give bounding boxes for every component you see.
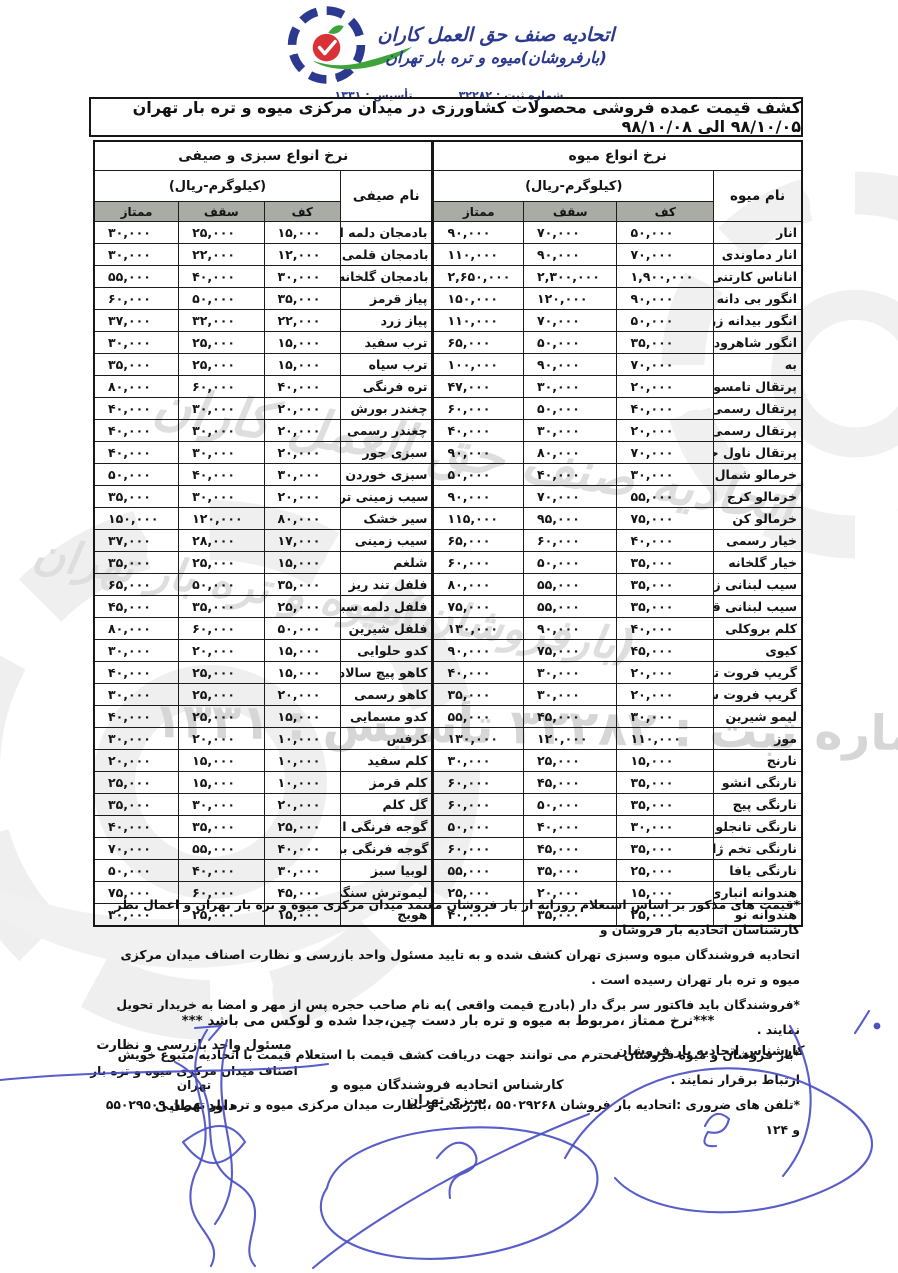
fruit-name-cell: انگور بیدانه زرد <box>714 310 802 332</box>
footnote-line: *قیمت های مذکور بر اساس استعلام روزانه ا… <box>95 893 800 943</box>
fruit-floor-cell: ۱۵,۰۰۰ <box>617 750 714 772</box>
veg-floor-cell: ۱۵,۰۰۰ <box>264 640 340 662</box>
fruit-premium-cell: ۹۰,۰۰۰ <box>433 442 524 464</box>
fruit-unit-label: (کیلوگرم-ریال) <box>433 171 714 202</box>
fruit-name-cell: سیب لبنانی زرد <box>714 574 802 596</box>
veg-floor-cell: ۱۰,۰۰۰ <box>264 728 340 750</box>
veg-premium-cell: ۲۵,۰۰۰ <box>94 772 179 794</box>
fruit-ceiling-cell: ۳۰,۰۰۰ <box>523 662 617 684</box>
fruit-floor-cell: ۳۰,۰۰۰ <box>617 706 714 728</box>
fruit-ceiling-cell: ۴۵,۰۰۰ <box>523 838 617 860</box>
fruit-ceiling-cell: ۷۰,۰۰۰ <box>523 222 617 244</box>
fruit-premium-cell: ۱۱۰,۰۰۰ <box>433 310 524 332</box>
veg-floor-cell: ۲۰,۰۰۰ <box>264 684 340 706</box>
veg-ceiling-cell: ۵۵,۰۰۰ <box>179 838 264 860</box>
signature-inspection-manager <box>115 1022 305 1270</box>
veg-name-cell: چغندر رسمی <box>340 420 433 442</box>
fruit-floor-cell: ۵۰,۰۰۰ <box>617 310 714 332</box>
fruit-floor-cell: ۲۰,۰۰۰ <box>617 662 714 684</box>
veg-ceiling-cell: ۵۰,۰۰۰ <box>179 288 264 310</box>
fruit-ceiling-cell: ۵۰,۰۰۰ <box>523 332 617 354</box>
fruit-premium-cell: ۵۰,۰۰۰ <box>433 816 524 838</box>
veg-name-cell: بادمجان دلمه ای <box>340 222 433 244</box>
fruit-name-cell: به <box>714 354 802 376</box>
veg-floor-cell: ۱۵,۰۰۰ <box>264 222 340 244</box>
table-row: انار۵۰,۰۰۰۷۰,۰۰۰۹۰,۰۰۰بادمجان دلمه ای۱۵,… <box>94 222 802 244</box>
table-row: نارنگی پیج۳۵,۰۰۰۵۰,۰۰۰۶۰,۰۰۰گل کلم۲۰,۰۰۰… <box>94 794 802 816</box>
table-row: کلم بروکلی۴۰,۰۰۰۹۰,۰۰۰۱۳۰,۰۰۰فلفل شیرین۵… <box>94 618 802 640</box>
veg-floor-cell: ۴۰,۰۰۰ <box>264 838 340 860</box>
fruit-premium-cell: ۱۱۰,۰۰۰ <box>433 244 524 266</box>
fruit-floor-cell: ۷۰,۰۰۰ <box>617 442 714 464</box>
veg-ceiling-cell: ۶۰,۰۰۰ <box>179 376 264 398</box>
fruit-premium-cell: ۶۵,۰۰۰ <box>433 332 524 354</box>
fruit-floor-cell: ۴۰,۰۰۰ <box>617 530 714 552</box>
veg-name-cell: فلفل شیرین <box>340 618 433 640</box>
veg-floor-cell: ۱۵,۰۰۰ <box>264 552 340 574</box>
table-row: گریپ فروت سفید۲۰,۰۰۰۳۰,۰۰۰۳۵,۰۰۰کاهو رسم… <box>94 684 802 706</box>
fruit-premium-header: ممتاز <box>433 202 524 222</box>
table-row: انگور شاهرودی۳۵,۰۰۰۵۰,۰۰۰۶۵,۰۰۰ترب سفید۱… <box>94 332 802 354</box>
veg-name-cell: کلم سفید <box>340 750 433 772</box>
veg-premium-cell: ۳۰,۰۰۰ <box>94 684 179 706</box>
veg-premium-cell: ۳۵,۰۰۰ <box>94 794 179 816</box>
fruit-name-cell: گریپ فروت تو سرخ <box>714 662 802 684</box>
union-logo-emblem <box>284 2 370 88</box>
fruit-name-cell: انار <box>714 222 802 244</box>
table-row: انگور بی دانه قرمز۹۰,۰۰۰۱۲۰,۰۰۰۱۵۰,۰۰۰پی… <box>94 288 802 310</box>
fruit-ceiling-cell: ۵۵,۰۰۰ <box>523 596 617 618</box>
fruit-ceiling-cell: ۵۰,۰۰۰ <box>523 552 617 574</box>
veg-floor-cell: ۲۲,۰۰۰ <box>264 310 340 332</box>
veg-name-cell: کاهو رسمی <box>340 684 433 706</box>
fruit-premium-cell: ۴۰,۰۰۰ <box>433 662 524 684</box>
table-row: نارنگی انشو۳۵,۰۰۰۴۵,۰۰۰۶۰,۰۰۰کلم قرمز۱۰,… <box>94 772 802 794</box>
fruit-floor-cell: ۴۵,۰۰۰ <box>617 640 714 662</box>
fruit-floor-cell: ۴۰,۰۰۰ <box>617 398 714 420</box>
fruit-name-cell: نارنج <box>714 750 802 772</box>
fruit-name-cell: گریپ فروت سفید <box>714 684 802 706</box>
fruit-name-cell: خرمالو کرج <box>714 486 802 508</box>
table-row: پرتقال تامسون شمال۲۰,۰۰۰۳۰,۰۰۰۴۷,۰۰۰تره … <box>94 376 802 398</box>
veg-floor-cell: ۳۰,۰۰۰ <box>264 860 340 882</box>
veg-floor-cell: ۲۵,۰۰۰ <box>264 816 340 838</box>
veg-unit-label: (کیلوگرم-ریال) <box>94 171 340 202</box>
fruit-ceiling-cell: ۹۰,۰۰۰ <box>523 244 617 266</box>
veg-name-cell: تره فرنگی <box>340 376 433 398</box>
veg-floor-cell: ۳۰,۰۰۰ <box>264 464 340 486</box>
veg-ceiling-cell: ۲۰,۰۰۰ <box>179 640 264 662</box>
veg-name-cell: سبزی جور <box>340 442 433 464</box>
fruit-ceiling-cell: ۴۵,۰۰۰ <box>523 772 617 794</box>
fruit-floor-cell: ۳۵,۰۰۰ <box>617 596 714 618</box>
fruit-ceiling-cell: ۲,۳۰۰,۰۰۰ <box>523 266 617 288</box>
fruit-floor-cell: ۳۵,۰۰۰ <box>617 772 714 794</box>
leaf-icon <box>328 25 343 34</box>
table-row: پرتقال رسمی شمال۲۰,۰۰۰۳۰,۰۰۰۴۰,۰۰۰چغندر … <box>94 420 802 442</box>
fruit-premium-cell: ۹۰,۰۰۰ <box>433 640 524 662</box>
veg-name-cell: فلفل تند ریز <box>340 574 433 596</box>
veg-premium-cell: ۵۵,۰۰۰ <box>94 266 179 288</box>
veg-floor-cell: ۵۰,۰۰۰ <box>264 618 340 640</box>
veg-name-cell: گوجه فرنگی بوته رس <box>340 838 433 860</box>
veg-ceiling-cell: ۳۵,۰۰۰ <box>179 596 264 618</box>
veg-ceiling-cell: ۳۰,۰۰۰ <box>179 398 264 420</box>
veg-name-cell: کرفس <box>340 728 433 750</box>
fruit-premium-cell: ۶۰,۰۰۰ <box>433 794 524 816</box>
column-header-row: کف سقف ممتاز کف سقف ممتاز <box>94 202 802 222</box>
fruit-ceiling-cell: ۵۰,۰۰۰ <box>523 794 617 816</box>
veg-section-title: نرخ انواع سبزی و صیفی <box>94 141 433 171</box>
table-row: پرتقال رسمی جنوب۴۰,۰۰۰۵۰,۰۰۰۶۰,۰۰۰چغندر … <box>94 398 802 420</box>
fruit-ceiling-cell: ۹۰,۰۰۰ <box>523 354 617 376</box>
fruit-premium-cell: ۶۰,۰۰۰ <box>433 398 524 420</box>
fruit-premium-cell: ۱۳۰,۰۰۰ <box>433 618 524 640</box>
fruit-premium-cell: ۵۵,۰۰۰ <box>433 706 524 728</box>
table-row: انار دماوندی۷۰,۰۰۰۹۰,۰۰۰۱۱۰,۰۰۰بادمجان ق… <box>94 244 802 266</box>
fruit-premium-cell: ۲,۶۵۰,۰۰۰ <box>433 266 524 288</box>
fruit-premium-cell: ۸۰,۰۰۰ <box>433 574 524 596</box>
veg-premium-cell: ۶۰,۰۰۰ <box>94 288 179 310</box>
fruit-floor-cell: ۹۰,۰۰۰ <box>617 288 714 310</box>
veg-floor-cell: ۱۵,۰۰۰ <box>264 332 340 354</box>
fruit-name-cell: خرمالو شمال <box>714 464 802 486</box>
veg-name-cell: کلم قرمز <box>340 772 433 794</box>
veg-floor-cell: ۲۰,۰۰۰ <box>264 442 340 464</box>
veg-ceiling-cell: ۲۸,۰۰۰ <box>179 530 264 552</box>
veg-ceiling-cell: ۴۰,۰۰۰ <box>179 266 264 288</box>
veg-name-cell: کدو مسمایی <box>340 706 433 728</box>
veg-premium-cell: ۳۷,۰۰۰ <box>94 310 179 332</box>
veg-ceiling-cell: ۳۵,۰۰۰ <box>179 816 264 838</box>
veg-name-cell: پیاز زرد <box>340 310 433 332</box>
veg-premium-cell: ۲۰,۰۰۰ <box>94 750 179 772</box>
unit-header-row: نام میوه (کیلوگرم-ریال) نام صیفی (کیلوگر… <box>94 171 802 202</box>
fruit-name-cell: انار دماوندی <box>714 244 802 266</box>
veg-ceiling-header: سقف <box>179 202 264 222</box>
veg-premium-cell: ۴۰,۰۰۰ <box>94 816 179 838</box>
veg-ceiling-cell: ۵۰,۰۰۰ <box>179 574 264 596</box>
fruit-name-cell: انگور شاهرودی <box>714 332 802 354</box>
table-row: خرمالو کرج۵۵,۰۰۰۷۰,۰۰۰۹۰,۰۰۰سیب زمینی تر… <box>94 486 802 508</box>
veg-premium-cell: ۸۰,۰۰۰ <box>94 376 179 398</box>
veg-floor-header: کف <box>264 202 340 222</box>
veg-name-header: نام صیفی <box>340 171 433 222</box>
table-row: خرمالو شمال۳۰,۰۰۰۴۰,۰۰۰۵۰,۰۰۰سبزی خوردن۳… <box>94 464 802 486</box>
veg-floor-cell: ۱۰,۰۰۰ <box>264 772 340 794</box>
veg-ceiling-cell: ۴۰,۰۰۰ <box>179 464 264 486</box>
veg-floor-cell: ۲۰,۰۰۰ <box>264 794 340 816</box>
fruit-name-cell: پرتقال رسمی جنوب <box>714 398 802 420</box>
union-header: اتحادیه صنف حق العمل کاران (بارفروشان)می… <box>284 2 615 102</box>
veg-premium-cell: ۵۰,۰۰۰ <box>94 464 179 486</box>
table-row: لیمو شیرین۳۰,۰۰۰۴۵,۰۰۰۵۵,۰۰۰کدو مسمایی۱۵… <box>94 706 802 728</box>
veg-floor-cell: ۲۰,۰۰۰ <box>264 486 340 508</box>
veg-name-cell: بادمجان قلمی <box>340 244 433 266</box>
union-name-line1: اتحادیه صنف حق العمل کاران <box>378 24 615 46</box>
fruit-name-cell: کلم بروکلی <box>714 618 802 640</box>
fruit-ceiling-cell: ۷۰,۰۰۰ <box>523 486 617 508</box>
fruit-ceiling-cell: ۳۰,۰۰۰ <box>523 376 617 398</box>
fruit-floor-header: کف <box>617 202 714 222</box>
veg-floor-cell: ۱۵,۰۰۰ <box>264 662 340 684</box>
fruit-ceiling-cell: ۷۵,۰۰۰ <box>523 640 617 662</box>
veg-ceiling-cell: ۲۰,۰۰۰ <box>179 728 264 750</box>
veg-premium-cell: ۳۰,۰۰۰ <box>94 728 179 750</box>
veg-name-cell: ترب سفید <box>340 332 433 354</box>
fruit-name-cell: خرمالو کن <box>714 508 802 530</box>
table-row: نارنگی یافا۲۵,۰۰۰۳۵,۰۰۰۵۵,۰۰۰لوبیا سبز۳۰… <box>94 860 802 882</box>
table-row: خیار گلخانه۳۵,۰۰۰۵۰,۰۰۰۶۰,۰۰۰شلغم۱۵,۰۰۰۲… <box>94 552 802 574</box>
veg-name-cell: ترب سیاه <box>340 354 433 376</box>
fruit-floor-cell: ۷۰,۰۰۰ <box>617 244 714 266</box>
veg-ceiling-cell: ۲۵,۰۰۰ <box>179 222 264 244</box>
fruit-ceiling-cell: ۵۵,۰۰۰ <box>523 574 617 596</box>
fruit-premium-cell: ۹۰,۰۰۰ <box>433 486 524 508</box>
fruit-premium-cell: ۷۵,۰۰۰ <box>433 596 524 618</box>
veg-floor-cell: ۸۰,۰۰۰ <box>264 508 340 530</box>
fruit-floor-cell: ۷۵,۰۰۰ <box>617 508 714 530</box>
fruit-floor-cell: ۳۵,۰۰۰ <box>617 574 714 596</box>
fruit-ceiling-cell: ۲۵,۰۰۰ <box>523 750 617 772</box>
fruit-ceiling-cell: ۴۰,۰۰۰ <box>523 464 617 486</box>
table-row: خرمالو کن۷۵,۰۰۰۹۵,۰۰۰۱۱۵,۰۰۰سیر خشک۸۰,۰۰… <box>94 508 802 530</box>
fruit-floor-cell: ۱,۹۰۰,۰۰۰ <box>617 266 714 288</box>
veg-ceiling-cell: ۳۰,۰۰۰ <box>179 486 264 508</box>
veg-premium-header: ممتاز <box>94 202 179 222</box>
fruit-name-cell: نارنگی انشو <box>714 772 802 794</box>
table-row: به۷۰,۰۰۰۹۰,۰۰۰۱۰۰,۰۰۰ترب سیاه۱۵,۰۰۰۲۵,۰۰… <box>94 354 802 376</box>
veg-premium-cell: ۳۵,۰۰۰ <box>94 486 179 508</box>
fruit-premium-cell: ۱۱۵,۰۰۰ <box>433 508 524 530</box>
veg-premium-cell: ۴۰,۰۰۰ <box>94 420 179 442</box>
table-row: انگور بیدانه زرد۵۰,۰۰۰۷۰,۰۰۰۱۱۰,۰۰۰پیاز … <box>94 310 802 332</box>
fruit-name-cell: نارنگی یافا <box>714 860 802 882</box>
apple-icon <box>313 34 341 62</box>
veg-ceiling-cell: ۲۲,۰۰۰ <box>179 244 264 266</box>
fruit-premium-cell: ۱۳۰,۰۰۰ <box>433 728 524 750</box>
veg-ceiling-cell: ۲۵,۰۰۰ <box>179 662 264 684</box>
fruit-ceiling-cell: ۳۰,۰۰۰ <box>523 684 617 706</box>
veg-ceiling-cell: ۲۵,۰۰۰ <box>179 706 264 728</box>
veg-ceiling-cell: ۱۵,۰۰۰ <box>179 772 264 794</box>
veg-name-cell: سیب زمینی <box>340 530 433 552</box>
veg-floor-cell: ۱۵,۰۰۰ <box>264 706 340 728</box>
fruit-name-cell: موز <box>714 728 802 750</box>
fruit-floor-cell: ۳۵,۰۰۰ <box>617 794 714 816</box>
fruit-name-cell: پرتقال تامسون شمال <box>714 376 802 398</box>
table-row: اناناس کارتنی۱,۹۰۰,۰۰۰۲,۳۰۰,۰۰۰۲,۶۵۰,۰۰۰… <box>94 266 802 288</box>
fruit-name-cell: انگور بی دانه قرمز <box>714 288 802 310</box>
fruit-ceiling-cell: ۱۲۰,۰۰۰ <box>523 728 617 750</box>
veg-name-cell: لوبیا سبز <box>340 860 433 882</box>
fruit-premium-cell: ۶۰,۰۰۰ <box>433 772 524 794</box>
fruit-premium-cell: ۳۰,۰۰۰ <box>433 750 524 772</box>
veg-name-cell: سبزی خوردن <box>340 464 433 486</box>
fruit-ceiling-header: سقف <box>523 202 617 222</box>
veg-floor-cell: ۱۵,۰۰۰ <box>264 354 340 376</box>
fruit-premium-cell: ۶۵,۰۰۰ <box>433 530 524 552</box>
fruit-floor-cell: ۵۵,۰۰۰ <box>617 486 714 508</box>
veg-name-cell: کاهو پیچ سالادی <box>340 662 433 684</box>
table-row: موز۱۱۰,۰۰۰۱۲۰,۰۰۰۱۳۰,۰۰۰کرفس۱۰,۰۰۰۲۰,۰۰۰… <box>94 728 802 750</box>
fruit-floor-cell: ۲۰,۰۰۰ <box>617 420 714 442</box>
fruit-name-cell: نارنگی تخم ژاپنی <box>714 838 802 860</box>
fruit-ceiling-cell: ۶۰,۰۰۰ <box>523 530 617 552</box>
veg-name-cell: شلغم <box>340 552 433 574</box>
fruit-name-cell: پرتقال رسمی شمال <box>714 420 802 442</box>
fruit-name-header: نام میوه <box>714 171 802 222</box>
fruit-ceiling-cell: ۱۲۰,۰۰۰ <box>523 288 617 310</box>
veg-floor-cell: ۲۰,۰۰۰ <box>264 420 340 442</box>
fruit-ceiling-cell: ۴۵,۰۰۰ <box>523 706 617 728</box>
veg-premium-cell: ۴۰,۰۰۰ <box>94 398 179 420</box>
table-row: خیار رسمی۴۰,۰۰۰۶۰,۰۰۰۶۵,۰۰۰سیب زمینی۱۷,۰… <box>94 530 802 552</box>
veg-premium-cell: ۸۰,۰۰۰ <box>94 618 179 640</box>
document-title: کشف قیمت عمده فروشی محصولات کشاورزی در م… <box>89 97 803 137</box>
price-table: نرخ انواع میوه نرخ انواع سبزی و صیفی نام… <box>93 140 803 927</box>
fruit-floor-cell: ۷۰,۰۰۰ <box>617 354 714 376</box>
fruit-section-title: نرخ انواع میوه <box>433 141 802 171</box>
fruit-name-cell: پرتقال ناول جنوب <box>714 442 802 464</box>
veg-floor-cell: ۱۰,۰۰۰ <box>264 750 340 772</box>
veg-ceiling-cell: ۲۵,۰۰۰ <box>179 552 264 574</box>
fruit-premium-cell: ۵۵,۰۰۰ <box>433 860 524 882</box>
veg-premium-cell: ۷۰,۰۰۰ <box>94 838 179 860</box>
veg-ceiling-cell: ۲۵,۰۰۰ <box>179 684 264 706</box>
veg-floor-cell: ۳۵,۰۰۰ <box>264 574 340 596</box>
veg-premium-cell: ۴۰,۰۰۰ <box>94 442 179 464</box>
veg-premium-cell: ۴۵,۰۰۰ <box>94 596 179 618</box>
veg-ceiling-cell: ۳۰,۰۰۰ <box>179 420 264 442</box>
fruit-ceiling-cell: ۷۰,۰۰۰ <box>523 310 617 332</box>
veg-ceiling-cell: ۲۵,۰۰۰ <box>179 354 264 376</box>
table-row: پرتقال ناول جنوب۷۰,۰۰۰۸۰,۰۰۰۹۰,۰۰۰سبزی ج… <box>94 442 802 464</box>
table-row: نارنگی تخم ژاپنی۳۵,۰۰۰۴۵,۰۰۰۶۰,۰۰۰گوجه ف… <box>94 838 802 860</box>
veg-premium-cell: ۳۰,۰۰۰ <box>94 222 179 244</box>
fruit-ceiling-cell: ۹۰,۰۰۰ <box>523 618 617 640</box>
veg-floor-cell: ۳۰,۰۰۰ <box>264 266 340 288</box>
veg-floor-cell: ۲۰,۰۰۰ <box>264 398 340 420</box>
veg-name-cell: کدو حلوایی <box>340 640 433 662</box>
fruit-floor-cell: ۳۰,۰۰۰ <box>617 464 714 486</box>
fruit-ceiling-cell: ۳۵,۰۰۰ <box>523 860 617 882</box>
veg-premium-cell: ۶۵,۰۰۰ <box>94 574 179 596</box>
fruit-floor-cell: ۴۰,۰۰۰ <box>617 618 714 640</box>
fruit-premium-cell: ۱۵۰,۰۰۰ <box>433 288 524 310</box>
veg-premium-cell: ۳۷,۰۰۰ <box>94 530 179 552</box>
table-row: نارنج۱۵,۰۰۰۲۵,۰۰۰۳۰,۰۰۰کلم سفید۱۰,۰۰۰۱۵,… <box>94 750 802 772</box>
veg-name-cell: بادمجان گلخانه ای <box>340 266 433 288</box>
fruit-ceiling-cell: ۸۰,۰۰۰ <box>523 442 617 464</box>
fruit-name-cell: خیار گلخانه <box>714 552 802 574</box>
table-row: نارنگی تانجلو۳۰,۰۰۰۴۰,۰۰۰۵۰,۰۰۰گوجه فرنگ… <box>94 816 802 838</box>
table-row: سیب لبنانی زرد۳۵,۰۰۰۵۵,۰۰۰۸۰,۰۰۰فلفل تند… <box>94 574 802 596</box>
price-table-body: انار۵۰,۰۰۰۷۰,۰۰۰۹۰,۰۰۰بادمجان دلمه ای۱۵,… <box>94 222 802 927</box>
price-discovery-document: اتحادیه صنف حق العمل کاران (بارفروشان)می… <box>0 0 898 1273</box>
fruit-premium-cell: ۹۰,۰۰۰ <box>433 222 524 244</box>
fruit-ceiling-cell: ۹۵,۰۰۰ <box>523 508 617 530</box>
veg-name-cell: پیاز قرمز <box>340 288 433 310</box>
veg-ceiling-cell: ۳۰,۰۰۰ <box>179 442 264 464</box>
fruit-premium-cell: ۴۷,۰۰۰ <box>433 376 524 398</box>
table-row: گریپ فروت تو سرخ۲۰,۰۰۰۳۰,۰۰۰۴۰,۰۰۰کاهو پ… <box>94 662 802 684</box>
veg-premium-cell: ۳۵,۰۰۰ <box>94 552 179 574</box>
veg-floor-cell: ۴۰,۰۰۰ <box>264 376 340 398</box>
veg-ceiling-cell: ۳۰,۰۰۰ <box>179 794 264 816</box>
veg-ceiling-cell: ۴۰,۰۰۰ <box>179 860 264 882</box>
veg-premium-cell: ۳۰,۰۰۰ <box>94 640 179 662</box>
fruit-name-cell: لیمو شیرین <box>714 706 802 728</box>
veg-premium-cell: ۴۰,۰۰۰ <box>94 706 179 728</box>
fruit-floor-cell: ۲۰,۰۰۰ <box>617 376 714 398</box>
veg-floor-cell: ۱۲,۰۰۰ <box>264 244 340 266</box>
fruit-name-cell: کیوی <box>714 640 802 662</box>
union-name-line2: (بارفروشان)میوه و تره بار تهران <box>378 48 615 67</box>
signature-sellers-union-expert <box>285 1096 625 1272</box>
veg-ceiling-cell: ۱۲۰,۰۰۰ <box>179 508 264 530</box>
footnote-line: اتحادیه فروشندگان میوه وسبزی تهران کشف ش… <box>95 943 800 993</box>
fruit-name-cell: اناناس کارتنی <box>714 266 802 288</box>
veg-name-cell: چغندر بورش <box>340 398 433 420</box>
fruit-name-cell: نارنگی تانجلو <box>714 816 802 838</box>
fruit-ceiling-cell: ۳۰,۰۰۰ <box>523 420 617 442</box>
fruit-floor-cell: ۲۵,۰۰۰ <box>617 860 714 882</box>
fruit-premium-cell: ۴۰,۰۰۰ <box>433 420 524 442</box>
fruit-ceiling-cell: ۴۰,۰۰۰ <box>523 816 617 838</box>
veg-premium-cell: ۳۰,۰۰۰ <box>94 332 179 354</box>
veg-name-cell: سیب زمینی ترشی <box>340 486 433 508</box>
veg-premium-cell: ۵۰,۰۰۰ <box>94 860 179 882</box>
table-row: کیوی۴۵,۰۰۰۷۵,۰۰۰۹۰,۰۰۰کدو حلوایی۱۵,۰۰۰۲۰… <box>94 640 802 662</box>
section-header-row: نرخ انواع میوه نرخ انواع سبزی و صیفی <box>94 141 802 171</box>
fruit-floor-cell: ۱۱۰,۰۰۰ <box>617 728 714 750</box>
veg-premium-cell: ۳۰,۰۰۰ <box>94 244 179 266</box>
fruit-floor-cell: ۵۰,۰۰۰ <box>617 222 714 244</box>
fruit-floor-cell: ۳۵,۰۰۰ <box>617 552 714 574</box>
veg-ceiling-cell: ۲۵,۰۰۰ <box>179 332 264 354</box>
fruit-premium-cell: ۳۵,۰۰۰ <box>433 684 524 706</box>
veg-premium-cell: ۴۰,۰۰۰ <box>94 662 179 684</box>
veg-floor-cell: ۳۵,۰۰۰ <box>264 288 340 310</box>
veg-premium-cell: ۳۵,۰۰۰ <box>94 354 179 376</box>
fruit-premium-cell: ۱۰۰,۰۰۰ <box>433 354 524 376</box>
fruit-name-cell: نارنگی پیج <box>714 794 802 816</box>
veg-name-cell: گوجه فرنگی انباری <box>340 816 433 838</box>
veg-floor-cell: ۲۵,۰۰۰ <box>264 596 340 618</box>
fruit-premium-cell: ۶۰,۰۰۰ <box>433 838 524 860</box>
veg-ceiling-cell: ۳۲,۰۰۰ <box>179 310 264 332</box>
veg-name-cell: فلفل دلمه سبز <box>340 596 433 618</box>
fruit-name-cell: سیب لبنانی قرمز <box>714 596 802 618</box>
veg-floor-cell: ۱۷,۰۰۰ <box>264 530 340 552</box>
fruit-floor-cell: ۳۰,۰۰۰ <box>617 816 714 838</box>
table-row: سیب لبنانی قرمز۳۵,۰۰۰۵۵,۰۰۰۷۵,۰۰۰فلفل دل… <box>94 596 802 618</box>
veg-premium-cell: ۱۵۰,۰۰۰ <box>94 508 179 530</box>
veg-name-cell: سیر خشک <box>340 508 433 530</box>
veg-name-cell: گل کلم <box>340 794 433 816</box>
fruit-floor-cell: ۳۵,۰۰۰ <box>617 332 714 354</box>
fruit-premium-cell: ۶۰,۰۰۰ <box>433 552 524 574</box>
fruit-name-cell: خیار رسمی <box>714 530 802 552</box>
fruit-premium-cell: ۵۰,۰۰۰ <box>433 464 524 486</box>
veg-ceiling-cell: ۱۵,۰۰۰ <box>179 750 264 772</box>
fruit-ceiling-cell: ۵۰,۰۰۰ <box>523 398 617 420</box>
fruit-floor-cell: ۳۵,۰۰۰ <box>617 838 714 860</box>
veg-ceiling-cell: ۶۰,۰۰۰ <box>179 618 264 640</box>
fruit-floor-cell: ۲۰,۰۰۰ <box>617 684 714 706</box>
